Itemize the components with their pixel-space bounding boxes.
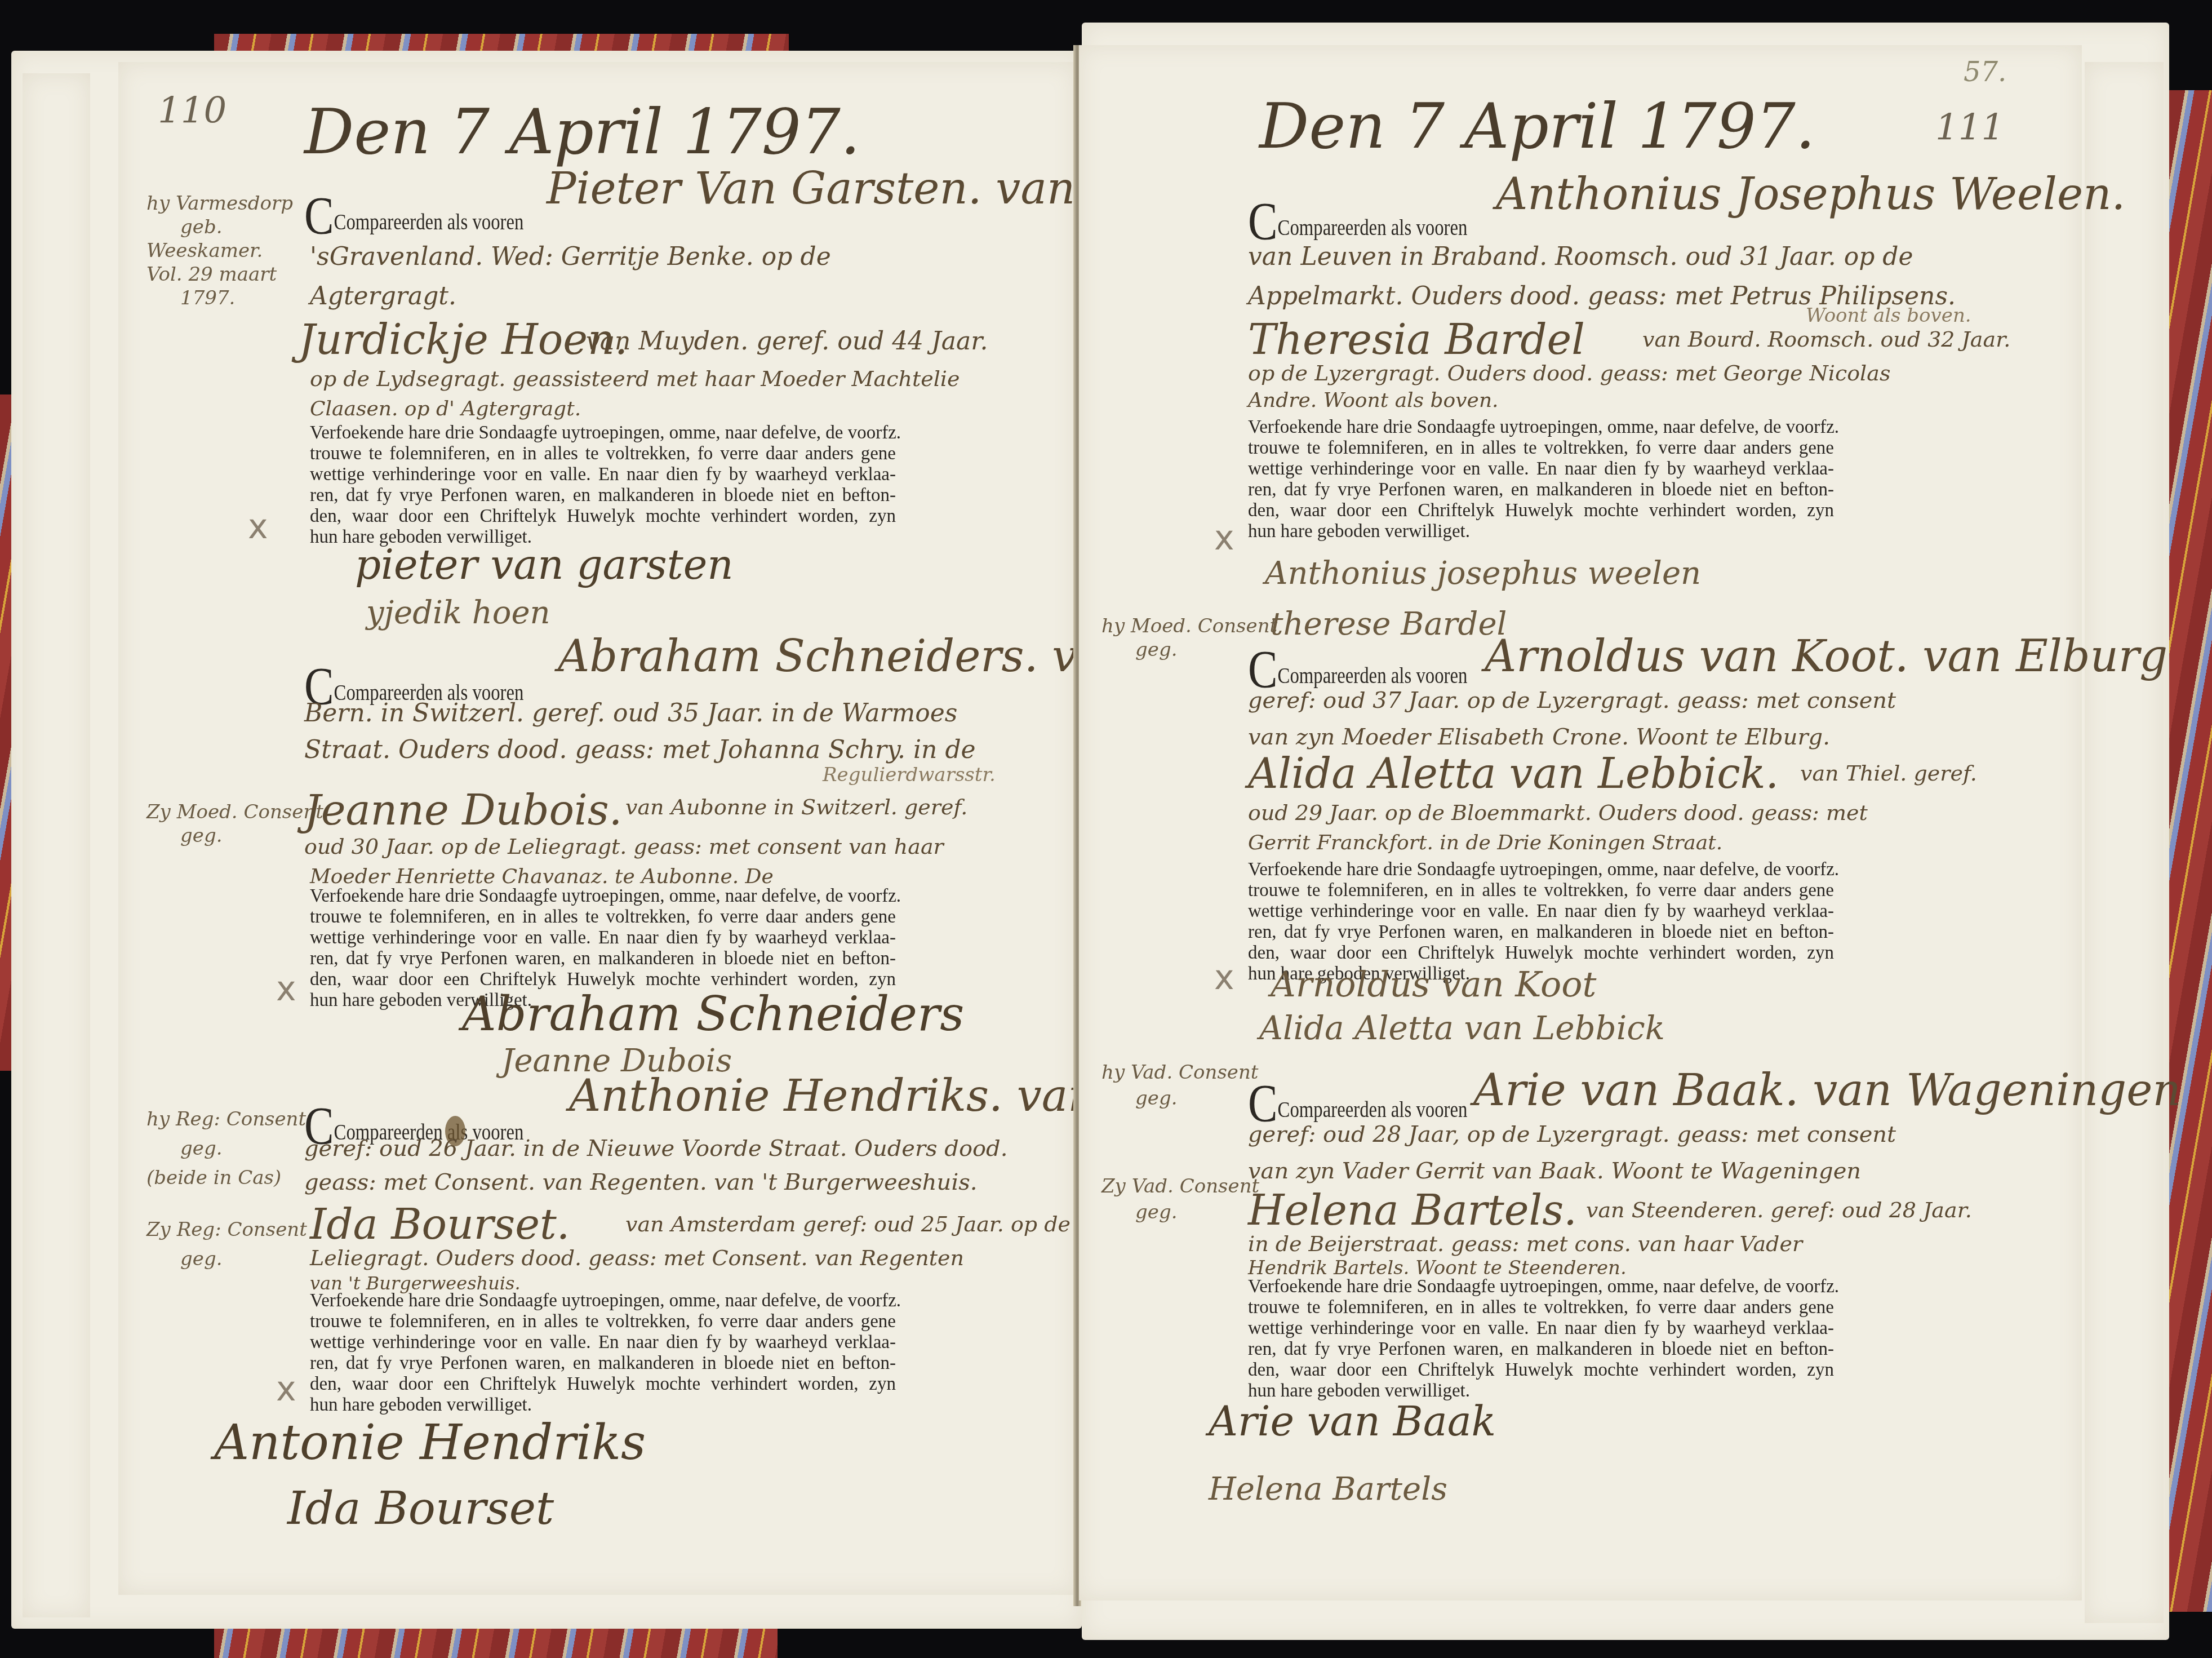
margin-note: Zy Moed. Consent geg.	[146, 800, 323, 848]
printed-formula: Verfoekende hare drie Sondaagfe uytroepi…	[310, 423, 896, 548]
entry-detail-line: Regulierdwarsstr.	[823, 764, 996, 786]
entry-detail-line: geref: oud 37 Jaar. op de Lyzergragt. ge…	[1248, 688, 1896, 713]
entry-detail-line: Andre. Woont als boven.	[1248, 389, 1499, 412]
entry-detail-line: Leliegragt. Ouders dood. geass: met Cons…	[310, 1245, 964, 1270]
entry-detail-line: van Aubonne in Switzerl. geref.	[625, 795, 967, 819]
groom-name: Arnoldus van Koot. van Elburg	[1485, 631, 2167, 682]
date-heading: Den 7 April 1797.	[1259, 90, 1815, 162]
printed-prefix: CCompareerden als vooren	[1248, 194, 1468, 249]
entry-detail-line: op de Lyzergragt. Ouders dood. geass: me…	[1248, 361, 1890, 385]
entry-detail-line: 'sGravenland. Wed: Gerritje Benke. op de	[310, 242, 831, 271]
groom-name: Abraham Schneiders. van	[558, 631, 1131, 682]
entry-detail-line: van Amsterdam geref: oud 25 Jaar. op de	[625, 1212, 1071, 1236]
groom-name: Pieter Van Garsten. van	[547, 163, 1075, 214]
check-mark: x	[276, 969, 296, 1009]
entry-detail-line: van zyn Moeder Elisabeth Crone. Woont te…	[1248, 724, 1830, 750]
entry-detail-line: Straat. Ouders dood. geass: met Johanna …	[304, 735, 976, 764]
entry-detail-line: in de Beijerstraat. geass: met cons. van…	[1248, 1231, 1802, 1256]
signature-bride: Ida Bourset	[287, 1482, 554, 1535]
page-edges-right	[2085, 62, 2164, 1623]
page-number: 111	[1935, 107, 2004, 149]
signature-bride: yjedik hoen	[366, 595, 550, 631]
entry-detail-line: van Bourd. Roomsch. oud 32 Jaar.	[1642, 327, 2010, 352]
entry-detail-line: oud 30 Jaar. op de Leliegragt. geass: me…	[304, 834, 944, 859]
groom-name: Anthonius Josephus Weelen.	[1496, 169, 2125, 220]
entry-detail-line: geref: oud 28 Jaar, op de Lyzergragt. ge…	[1248, 1121, 1896, 1147]
bride-name: Theresia Bardel	[1248, 316, 1585, 364]
entry-detail-line: Gerrit Franckfort. in de Drie Koningen S…	[1248, 831, 1722, 854]
entry-detail-line: geass: met Consent. van Regenten. van 't…	[304, 1169, 977, 1195]
bride-name: Ida Bourset.	[310, 1200, 570, 1249]
signature-bride: Helena Bartels	[1209, 1471, 1447, 1508]
margin-note: hy Reg: Consent geg. (beide in Cas) Zy R…	[146, 1105, 307, 1274]
marbled-endpaper-right-edge	[2169, 90, 2212, 1612]
bride-name: Alida Aletta van Lebbick.	[1248, 750, 1779, 798]
printed-formula: Verfoekende hare drie Sondaagfe uytroepi…	[1248, 1276, 1834, 1402]
entry-detail-line: Woont als boven.	[1806, 304, 1971, 327]
page-edges-left	[23, 73, 90, 1617]
signature-groom: Arie van Baak	[1209, 1398, 1496, 1445]
signature-bride: therese Bardel	[1271, 606, 1507, 642]
bride-name: Helena Bartels.	[1248, 1186, 1577, 1235]
margin-note: hy Varmesdorp geb. Weeskamer. Vol. 29 ma…	[146, 192, 293, 310]
entry-detail-line: Hendrik Bartels. Woont te Steenderen.	[1248, 1257, 1627, 1279]
entry-detail-line: Agtergragt.	[310, 282, 456, 311]
folio-mark: 57.	[1964, 56, 2006, 88]
printed-formula: Verfoekende hare drie Sondaagfe uytroepi…	[310, 1291, 896, 1416]
entry-detail-line: van Leuven in Braband. Roomsch. oud 31 J…	[1248, 242, 1913, 271]
signature-groom: Antonie Hendriks	[214, 1415, 646, 1471]
entry-detail-line: van zyn Vader Gerrit van Baak. Woont te …	[1248, 1158, 1861, 1184]
check-mark: x	[276, 1369, 296, 1409]
entry-detail-line: oud 29 Jaar. op de Bloemmarkt. Ouders do…	[1248, 800, 1868, 825]
printed-formula: Verfoekende hare drie Sondaagfe uytroepi…	[1248, 417, 1834, 542]
signature-groom: Anthonius josephus weelen	[1265, 555, 1701, 592]
entry-detail-line: Bern. in Switzerl. geref. oud 35 Jaar. i…	[304, 699, 957, 728]
page-number: 110	[158, 90, 226, 132]
entry-detail-line: van Steenderen. geref: oud 28 Jaar.	[1586, 1198, 1972, 1222]
printed-prefix: CCompareerden als vooren	[304, 189, 524, 243]
entry-detail-line: van Muyden. geref. oud 44 Jaar.	[586, 327, 988, 356]
bride-name: Jurdickje Hoen.	[299, 316, 628, 364]
margin-note: hy Vad. Consent geg. Zy Vad. Consent geg…	[1101, 1059, 1259, 1225]
check-mark: x	[1214, 958, 1234, 998]
right-page: Den 7 April 1797. 111 57. CCompareerden …	[1079, 45, 2082, 1601]
entry-detail-line: van Thiel. geref.	[1800, 761, 1977, 786]
check-mark: x	[248, 507, 268, 547]
entry-detail-line: Claasen. op d' Agtergragt.	[310, 397, 581, 420]
signature-bride: Alida Aletta van Lebbick	[1259, 1009, 1665, 1047]
entry-detail-line: Moeder Henriette Chavanaz. te Aubonne. D…	[310, 865, 774, 888]
signature-groom: Arnoldus van Koot	[1271, 964, 1597, 1005]
groom-name: Arie van Baak. van Wageningen	[1473, 1065, 2181, 1116]
signature-groom: pieter van garsten	[355, 541, 734, 588]
bride-name: Jeanne Dubois.	[304, 786, 622, 835]
left-page: 110 Den 7 April 1797. hy Varmesdorp geb.…	[118, 62, 1076, 1595]
entry-detail-line: geref: oud 26 Jaar. in de Nieuwe Voorde …	[304, 1136, 1007, 1162]
entry-detail-line: op de Lydsegragt. geassisteerd met haar …	[310, 366, 960, 391]
date-heading: Den 7 April 1797.	[304, 96, 860, 168]
signature-groom: Abraham Schneiders	[462, 986, 964, 1041]
check-mark: x	[1214, 518, 1234, 558]
